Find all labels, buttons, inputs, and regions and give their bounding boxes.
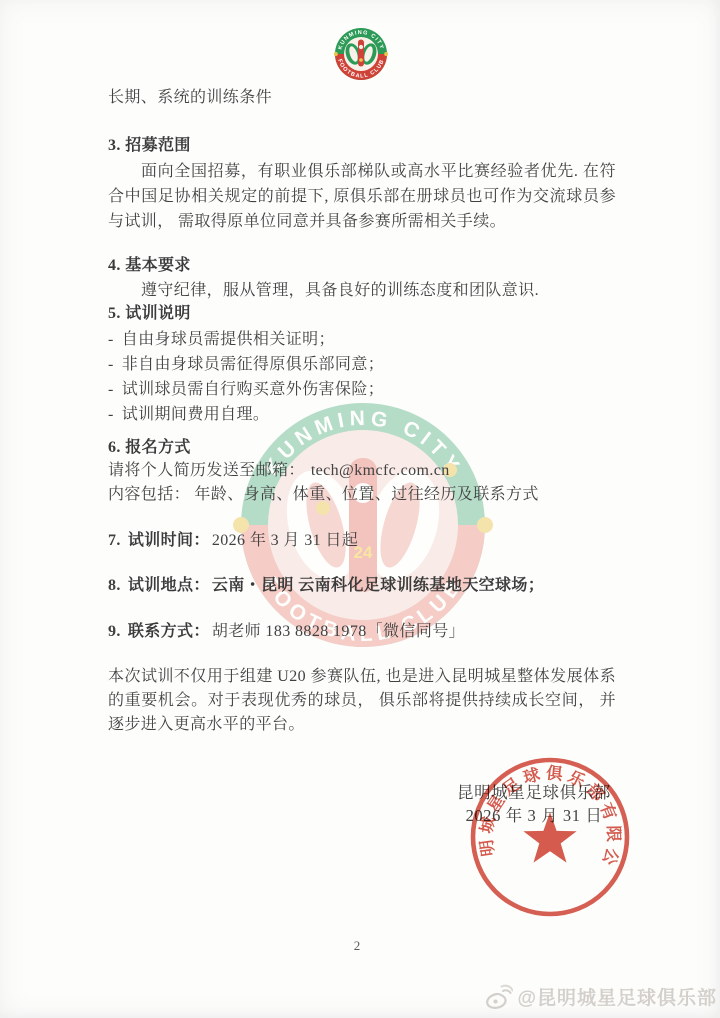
club-badge-icon: KUNMING CITY FOOTBALL CLUB [334, 27, 388, 81]
bullet-item: -试训期间费用自理。 [108, 402, 616, 427]
email-label: 请将个人简历发送至邮箱： [108, 462, 305, 479]
section-6-email-line: 请将个人简历发送至邮箱：tech@kmcfc.com.cn [108, 459, 616, 483]
section-3-body: 面向全国招募，有职业俱乐部梯队或高水平比赛经验者优先. 在符合中国足协相关规定的… [108, 159, 616, 234]
continuation-line: 长期、系统的训练条件 [108, 86, 616, 110]
weibo-icon [485, 984, 513, 1010]
svg-text:昆明城星足球俱乐部有限公司: 昆明城星足球俱乐部有限公司 [465, 752, 634, 872]
bullet-dash: - [108, 331, 114, 348]
section-8-line: 8.试训地点：云南・昆明 云南科化足球训练基地天空球场； [108, 574, 616, 598]
section-6-contents-line: 内容包括： 年龄、身高、体重、位置、过往经历及联系方式 [108, 483, 616, 507]
bullet-item: -非自由身球员需征得原俱乐部同意； [108, 352, 616, 377]
footer-watermark: @昆明城星足球俱乐部 [485, 983, 717, 1010]
section-7-number: 7. [108, 532, 121, 549]
section-3-heading: 3. 招募范围 [108, 134, 616, 158]
star-icon [523, 812, 576, 863]
section-7-line: 7.试训时间：2026 年 3 月 31 日起 [108, 529, 616, 553]
section-9-value: 胡老师 183 8828 1978「微信同号」 [212, 623, 465, 640]
section-6-heading: 6. 报名方式 [108, 436, 616, 460]
section-7-value: 2026 年 3 月 31 日起 [212, 532, 358, 549]
bullet-item: -自由身球员需提供相关证明； [108, 327, 616, 352]
stamp-company-text: 昆明城星足球俱乐部有限公司 [465, 752, 634, 872]
section-9-line: 9.联系方式：胡老师 183 8828 1978「微信同号」 [108, 620, 616, 644]
section-4-heading: 4. 基本要求 [108, 254, 616, 278]
section-9-label: 联系方式： [128, 623, 210, 640]
section-8-label: 试训地点： [128, 577, 210, 594]
section-4-body: 遵守纪律，服从管理，具备良好的训练态度和团队意识. [108, 279, 616, 303]
bullet-dash: - [108, 406, 114, 423]
section-8-value: 云南・昆明 云南科化足球训练基地天空球场； [212, 577, 544, 594]
bullet-text: 非自由身球员需征得原俱乐部同意； [122, 356, 384, 373]
bullet-dash: - [108, 381, 114, 398]
red-seal-stamp: 昆明城星足球俱乐部有限公司 [465, 752, 635, 922]
section-5-bullet-list: -自由身球员需提供相关证明； -非自由身球员需征得原俱乐部同意； -试训球员需自… [108, 327, 616, 427]
section-7-label: 试训时间： [128, 532, 210, 549]
bullet-dash: - [108, 356, 114, 373]
section-9-number: 9. [108, 623, 121, 640]
bullet-item: -试训球员需自行购买意外伤害保险； [108, 377, 616, 402]
email-address: tech@kmcfc.com.cn [311, 462, 450, 479]
closing-paragraph: 本次试训不仅用于组建 U20 参赛队伍, 也是进入昆明城星整体发展体系的重要机会… [108, 665, 616, 737]
bullet-text: 试训球员需自行购买意外伤害保险； [122, 381, 384, 398]
page-number: 2 [340, 938, 374, 954]
section-8-number: 8. [108, 577, 121, 594]
bullet-text: 自由身球员需提供相关证明； [122, 331, 335, 348]
bullet-text: 试训期间费用自理。 [122, 406, 270, 423]
section-5-heading: 5. 试训说明 [108, 302, 616, 326]
scanned-document-page: KUNMING CITY FOOTBALL CLUB KUNMING CITY … [0, 0, 720, 1018]
footer-watermark-text: @昆明城星足球俱乐部 [517, 983, 717, 1010]
